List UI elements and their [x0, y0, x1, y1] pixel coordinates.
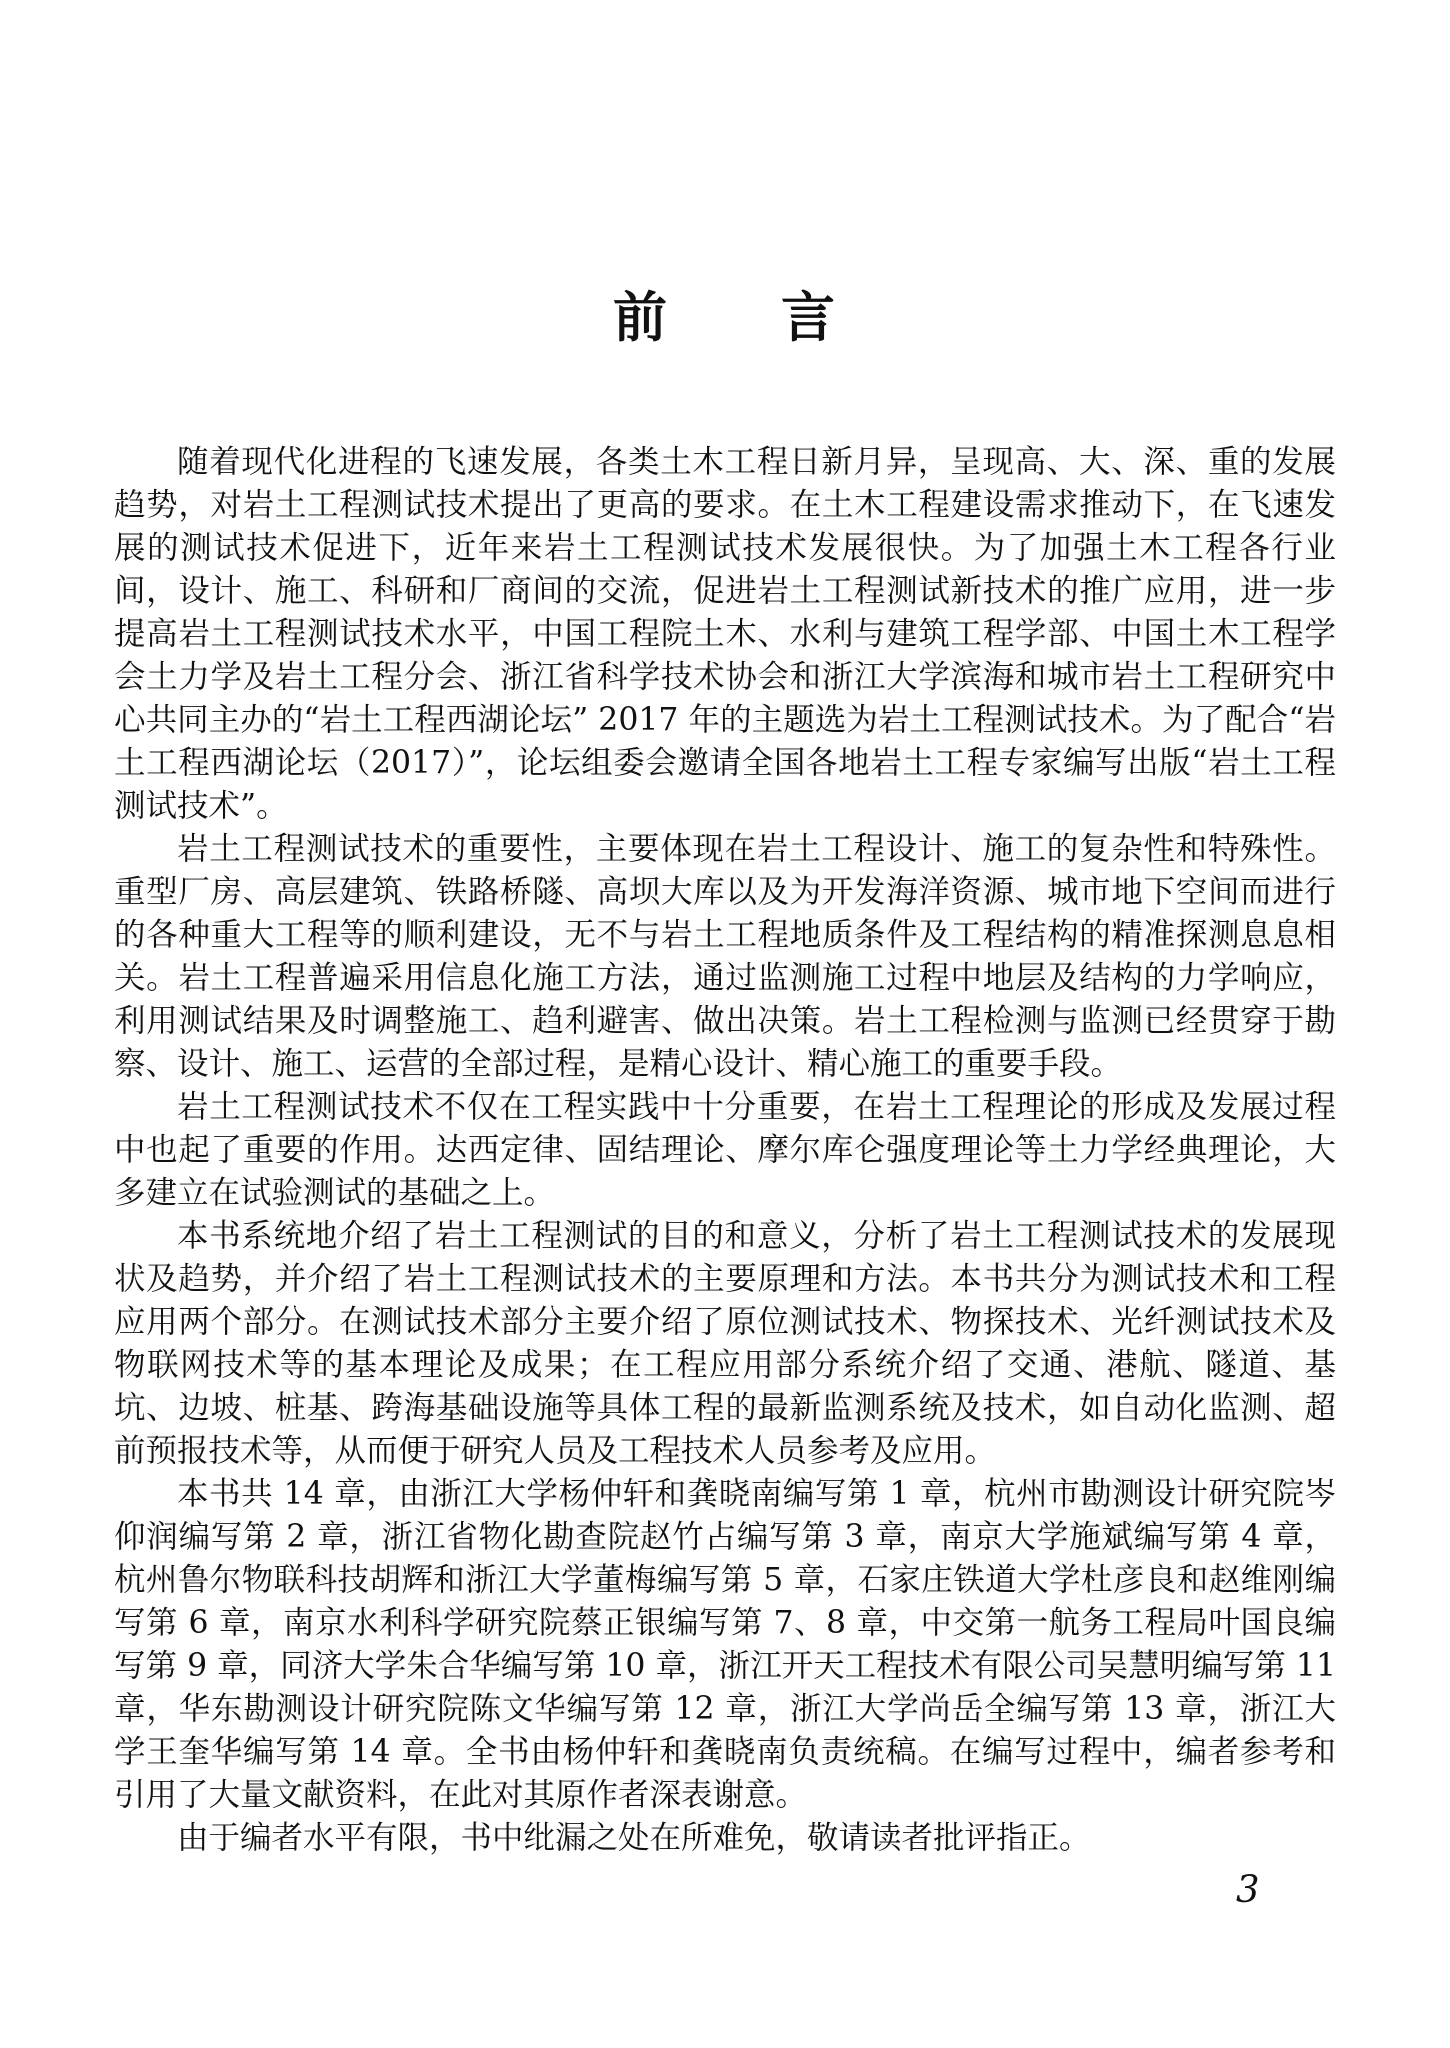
- page-title: 前 言: [114, 286, 1336, 348]
- paragraph: 由于编者水平有限，书中纰漏之处在所难免，敬请读者批评指正。: [114, 1817, 1336, 1860]
- book-page: 前 言 随着现代化进程的飞速发展，各类土木工程日新月异，呈现高、大、深、重的发展…: [0, 0, 1450, 2048]
- paragraph: 本书共 14 章，由浙江大学杨仲轩和龚晓南编写第 1 章，杭州市勘测设计研究院岑…: [114, 1473, 1336, 1817]
- paragraph: 随着现代化进程的飞速发展，各类土木工程日新月异，呈现高、大、深、重的发展趋势，对…: [114, 441, 1336, 828]
- paragraph: 岩土工程测试技术不仅在工程实践中十分重要，在岩土工程理论的形成及发展过程中也起了…: [114, 1086, 1336, 1215]
- page-number: 3: [1236, 1868, 1260, 1912]
- paragraph: 本书系统地介绍了岩土工程测试的目的和意义，分析了岩土工程测试技术的发展现状及趋势…: [114, 1215, 1336, 1473]
- paragraph: 岩土工程测试技术的重要性，主要体现在岩土工程设计、施工的复杂性和特殊性。重型厂房…: [114, 828, 1336, 1086]
- preface-body: 随着现代化进程的飞速发展，各类土木工程日新月异，呈现高、大、深、重的发展趋势，对…: [114, 441, 1336, 1860]
